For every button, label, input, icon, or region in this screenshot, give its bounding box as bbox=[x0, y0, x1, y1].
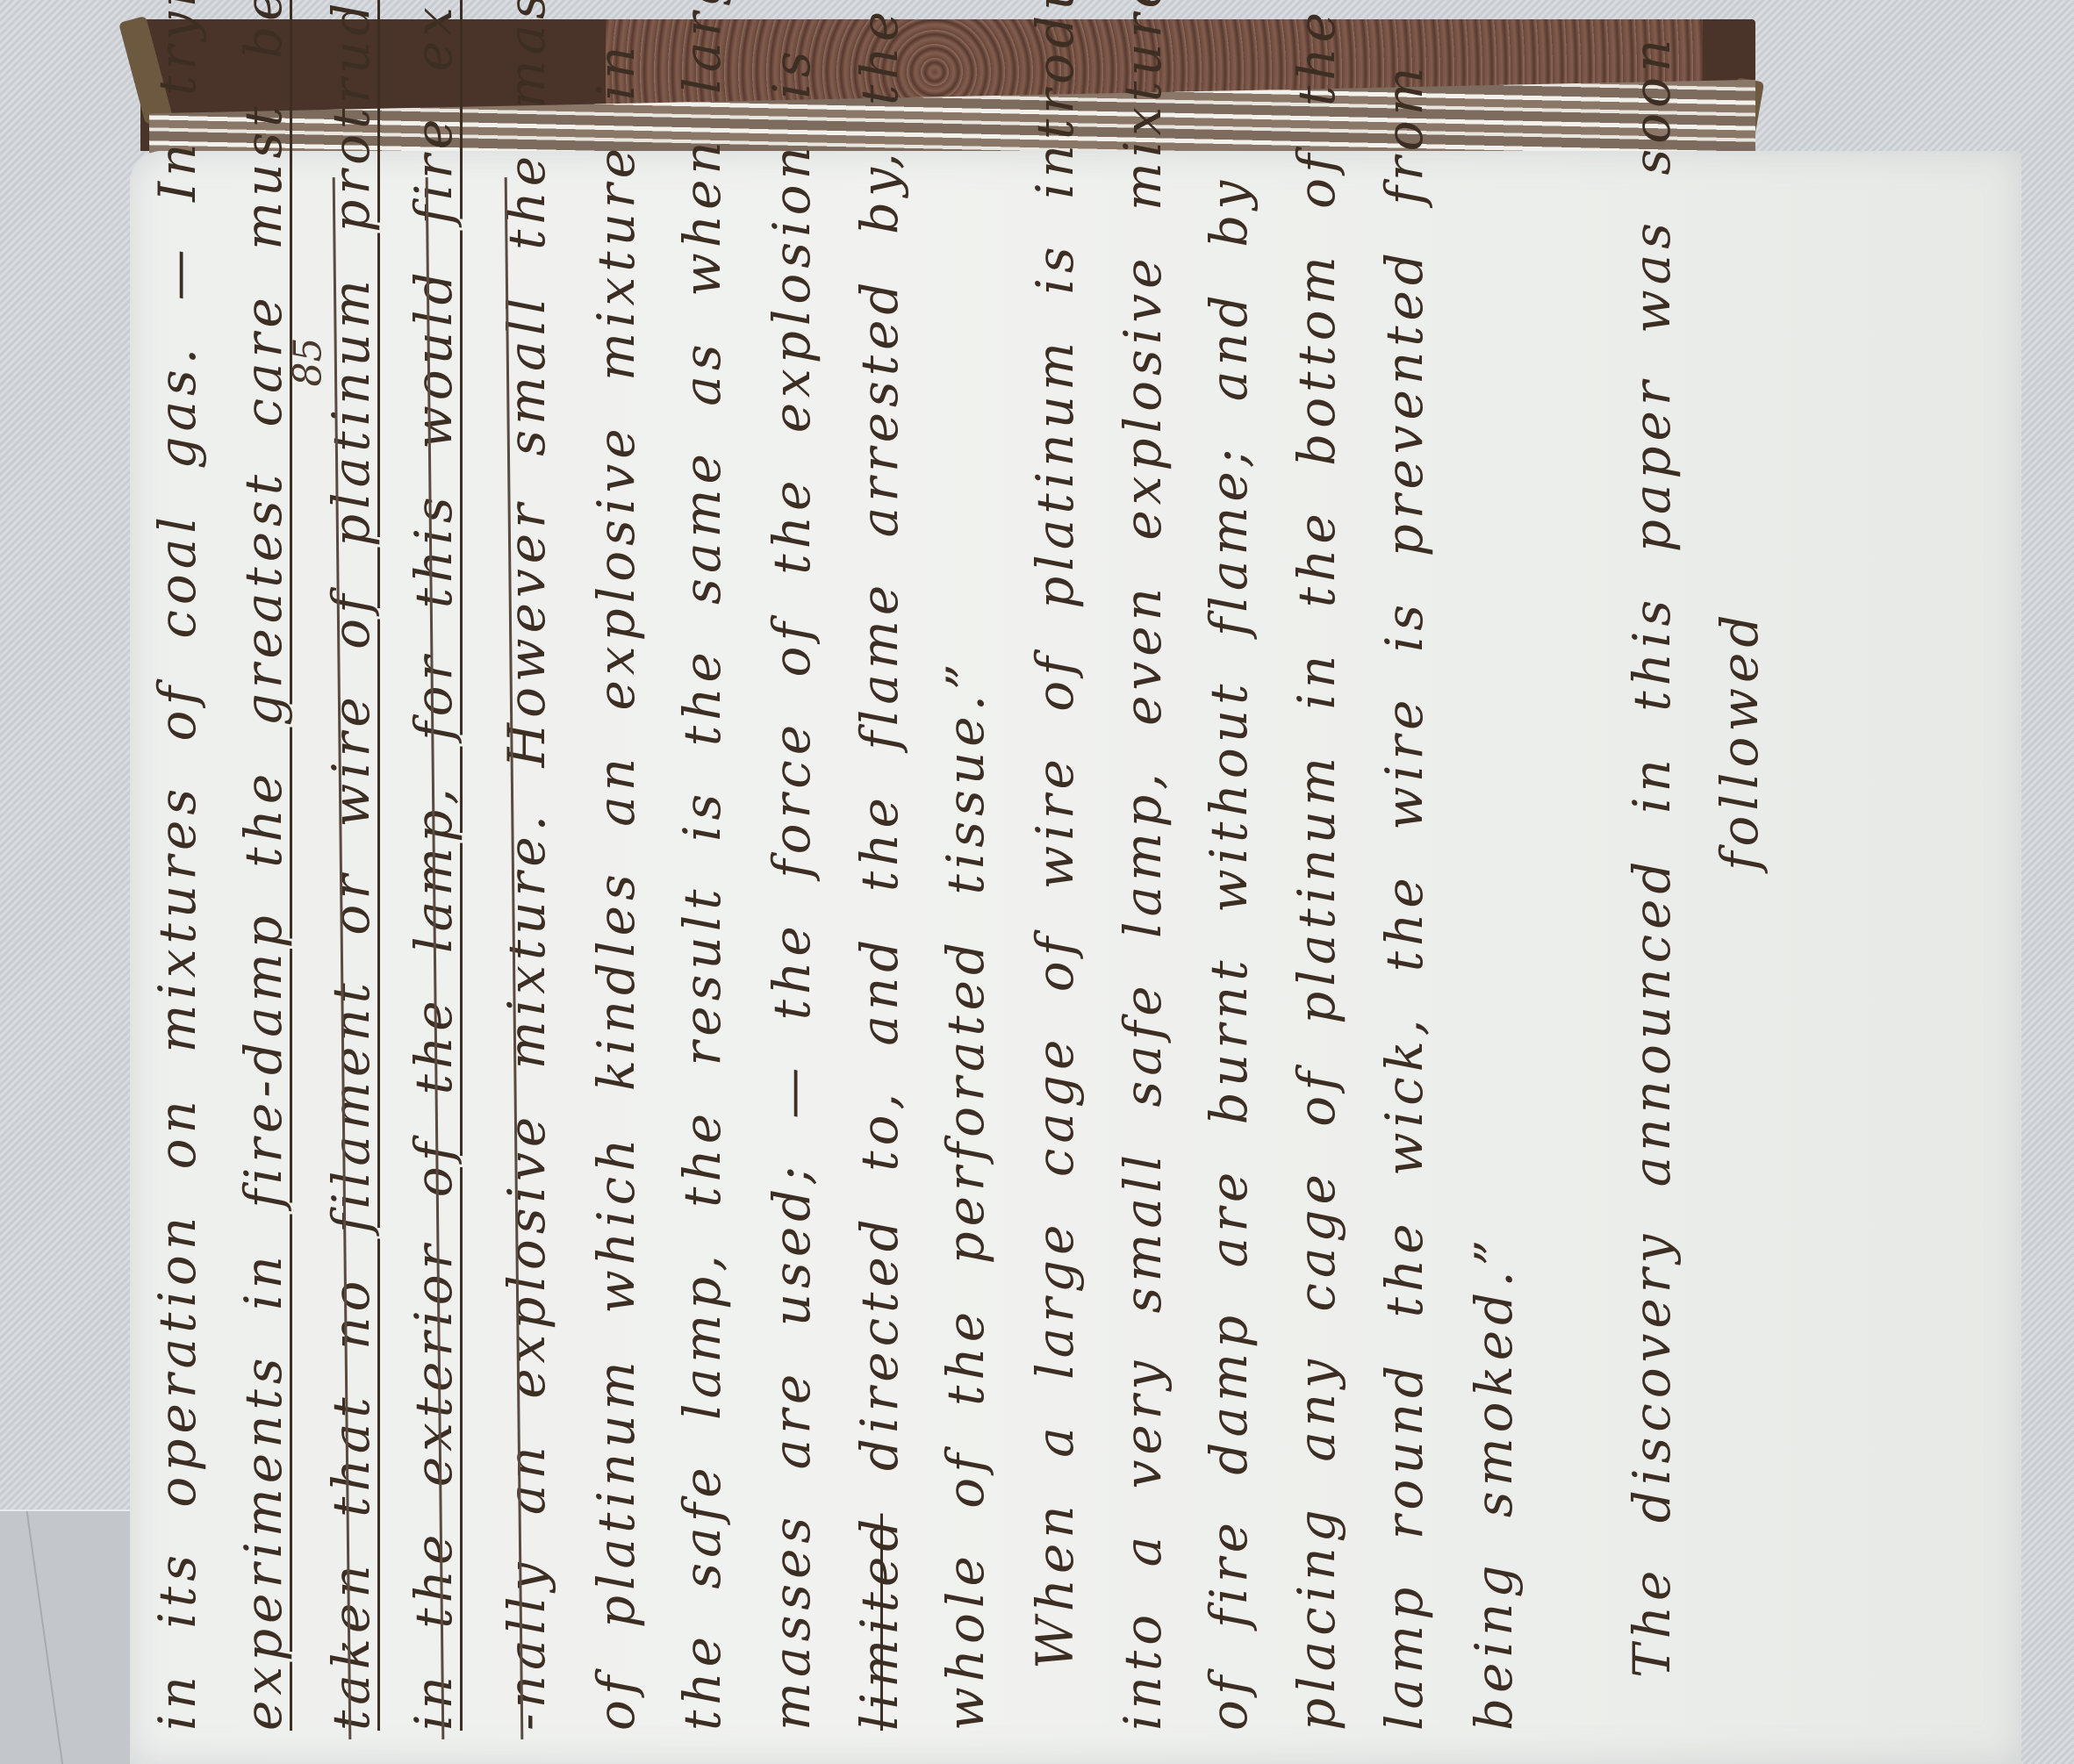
text-line: of fire damp are burnt without flame; an… bbox=[1199, 176, 1259, 1731]
text-line: masses are used; — the force of the expl… bbox=[762, 46, 822, 1731]
text-line: experiments in fire-damp the greatest ca… bbox=[233, 0, 293, 1731]
manuscript-page: 85 in its operation on mixtures of coal … bbox=[130, 151, 2021, 1764]
text-line-rest: directed to, and the flame arrested by, … bbox=[850, 6, 909, 1471]
text-line: into a very small safe lamp, even explos… bbox=[1113, 0, 1173, 1731]
struck-word: limited bbox=[850, 1514, 909, 1731]
text-line: lamp round the wick, the wire is prevent… bbox=[1374, 61, 1434, 1731]
text-line: in its operation on mixtures of coal gas… bbox=[147, 0, 207, 1731]
text-line: taken that no filament or wire of platin… bbox=[321, 0, 381, 1731]
handwritten-text: in its operation on mixtures of coal gas… bbox=[130, 151, 2021, 1764]
text-line: the safe lamp, the result is the same as… bbox=[672, 0, 732, 1731]
text-line: whole of the perforated tissue.” bbox=[936, 658, 995, 1731]
text-line: followed bbox=[1710, 609, 1769, 871]
text-line: The discovery announced in this paper wa… bbox=[1622, 34, 1682, 1678]
text-line: limited directed to, and the flame arres… bbox=[850, 6, 909, 1731]
text-line: being smoked.” bbox=[1464, 1235, 1524, 1731]
text-line: When a large cage of wire of platinum is… bbox=[1025, 0, 1085, 1669]
text-line: of platinum which kindles an explosive m… bbox=[586, 41, 646, 1731]
text-line: placing any cage of platinum in the bott… bbox=[1287, 7, 1346, 1731]
